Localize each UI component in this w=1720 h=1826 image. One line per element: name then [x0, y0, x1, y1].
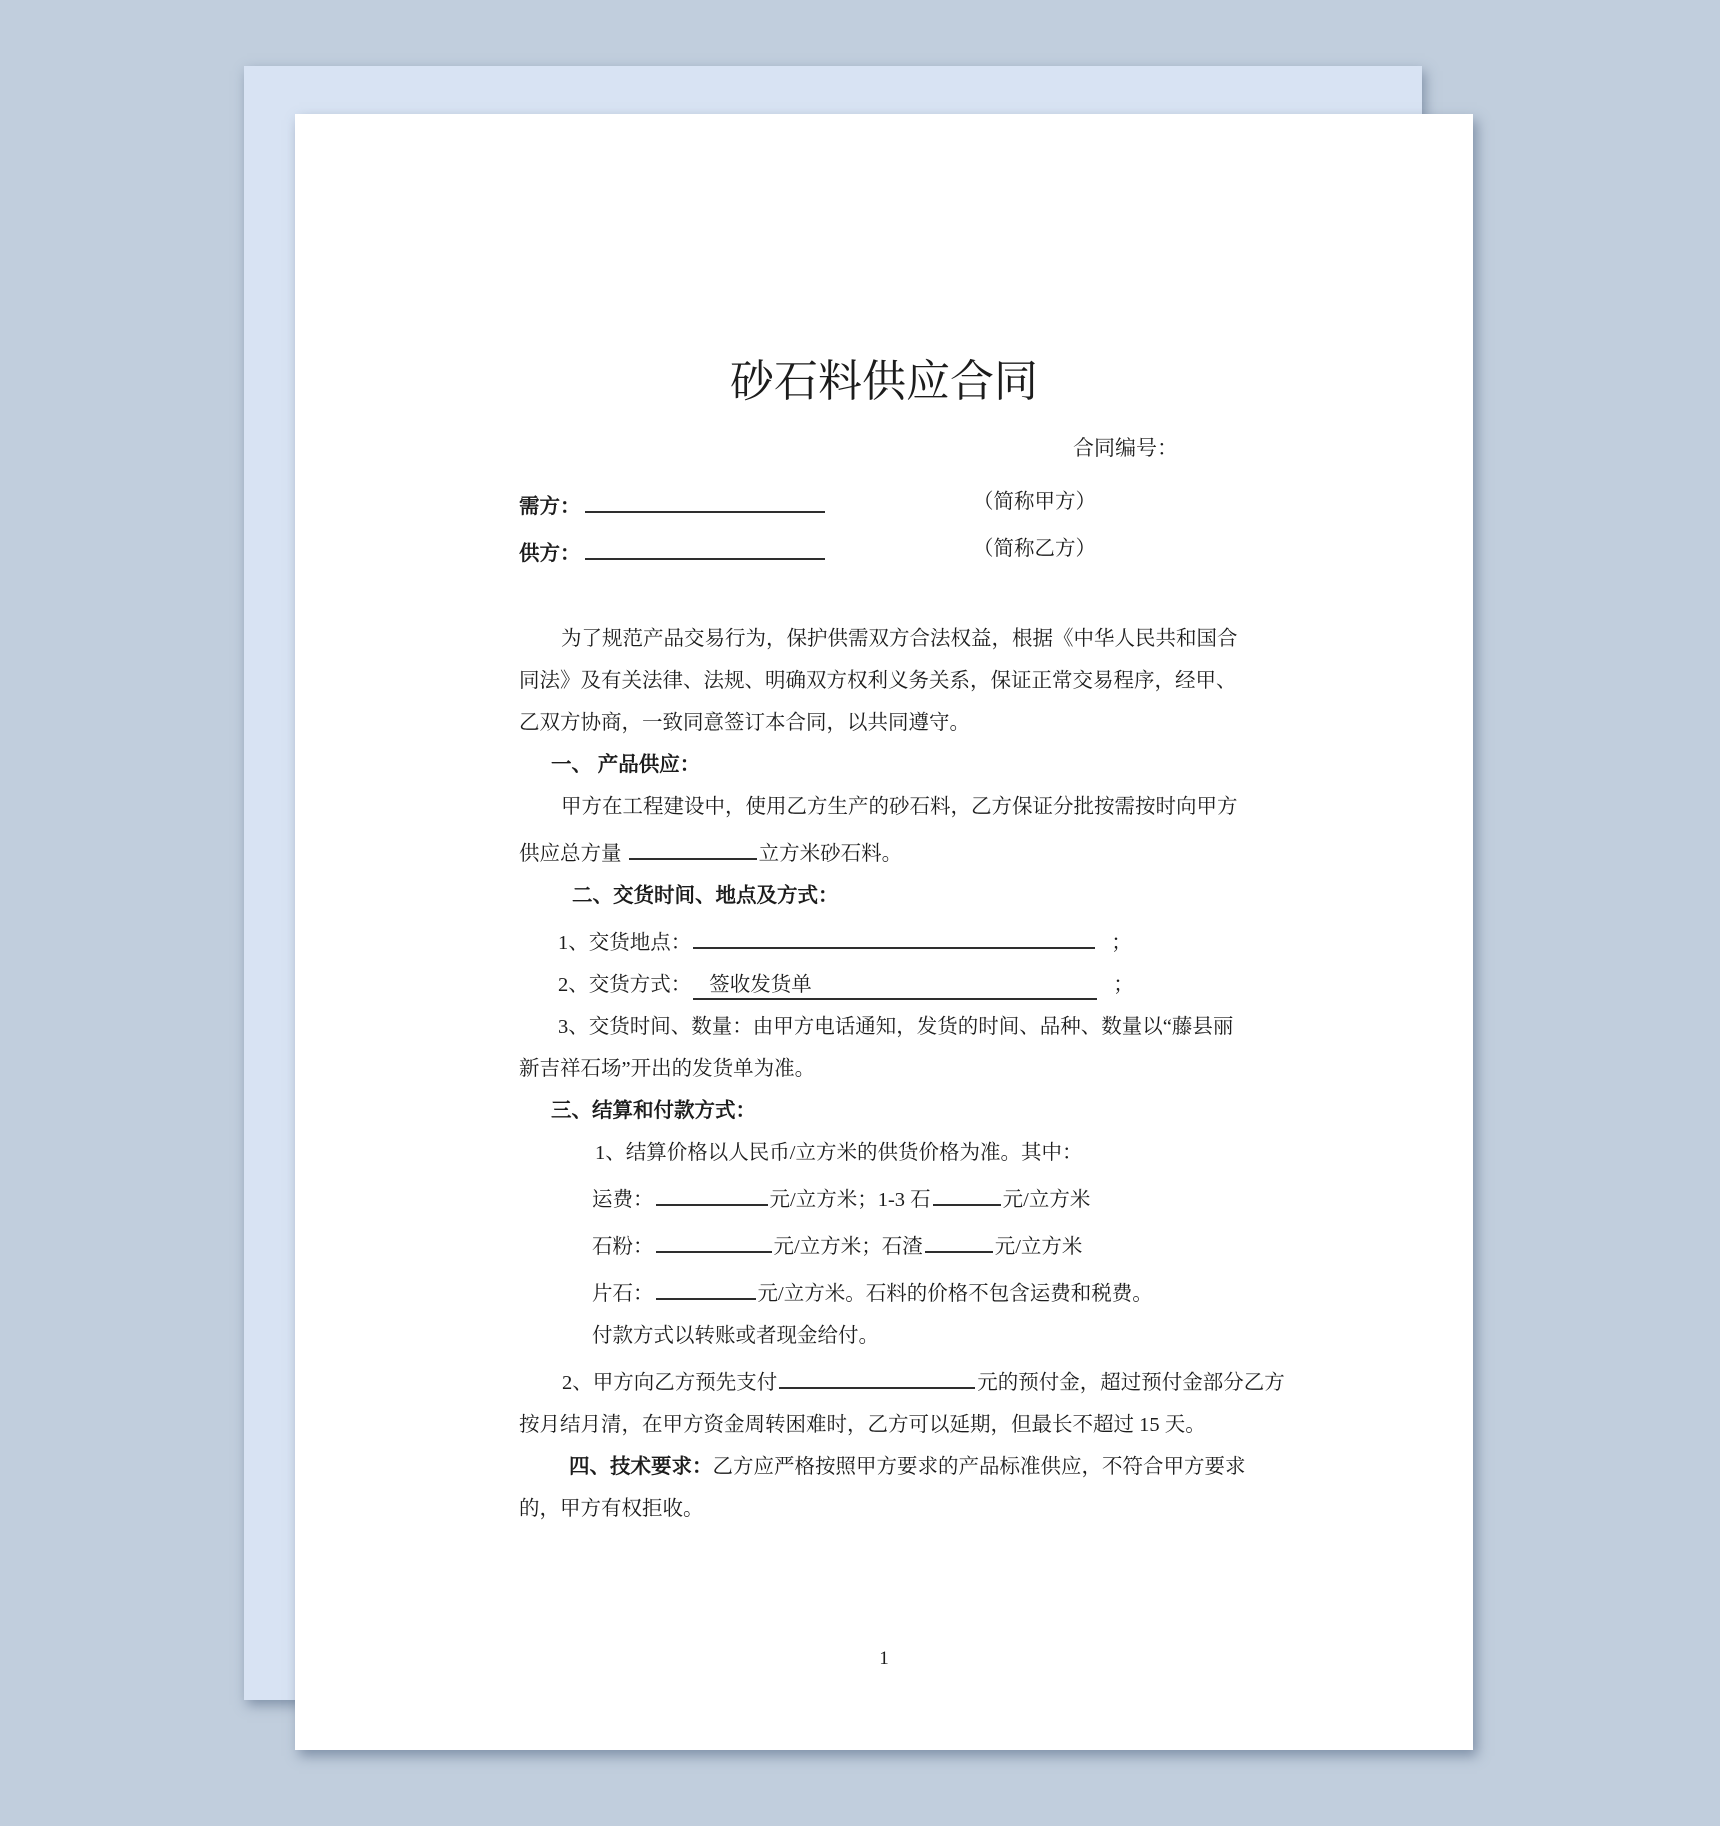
prepayment-line: 2、甲方向乙方预先支付元的预付金，超过预付金部分乙方 [562, 1357, 1249, 1404]
contract-page: 砂石料供应合同 合同编号： 需方： （简称甲方） 供方： （简称乙方） 为了规范… [295, 114, 1473, 1750]
delivery-place-label: 1、交货地点： [558, 932, 691, 954]
slab-unit: 元/立方米。石料的价格不包含运费和税费。 [758, 1283, 1153, 1305]
quantity-text-after: 立方米砂石料。 [759, 843, 903, 865]
delivery-time-line: 3、交货时间、数量：由甲方电话通知，发货的时间、品种、数量以“藤县丽 [558, 1006, 1249, 1048]
stone13-unit: 元/立方米 [1003, 1189, 1091, 1211]
powder-label: 石粉： [592, 1236, 654, 1258]
price-row-powder: 石粉：元/立方米；石渣元/立方米 [592, 1221, 1249, 1268]
delivery-method-label: 2、交货方式： [558, 974, 691, 996]
delivery-place-semicolon: ； [1111, 932, 1132, 954]
delivery-place-blank [693, 917, 1095, 949]
contract-content: 砂石料供应合同 合同编号： 需方： （简称甲方） 供方： （简称乙方） 为了规范… [519, 114, 1249, 1750]
delivery-place-row: 1、交货地点：； [558, 917, 1249, 964]
slab-price-blank [656, 1268, 756, 1300]
slag-unit: 元/立方米 [995, 1236, 1083, 1258]
section-4-heading: 四、技术要求： [569, 1455, 713, 1478]
contract-number-label: 合同编号： [1073, 436, 1178, 460]
quantity-text-before: 供应总方量 [519, 843, 627, 865]
slag-price-blank [925, 1221, 993, 1253]
preamble-line: 为了规范产品交易行为，保护供需双方合法权益，根据《中华人民共和国合 [519, 618, 1249, 660]
payment-note-line: 付款方式以转账或者现金给付。 [592, 1315, 1249, 1357]
section-4-text: 乙方应严格按照甲方要求的产品标准供应，不符合甲方要求 [713, 1456, 1246, 1478]
supply-alias: （简称乙方） [973, 528, 1096, 570]
demand-alias: （简称甲方） [973, 481, 1096, 523]
section-4-line: 的，甲方有权拒收。 [519, 1488, 1249, 1530]
party-row-demand: 需方： （简称甲方） [519, 481, 1249, 528]
prepayment-text-before: 2、甲方向乙方预先支付 [562, 1372, 777, 1394]
slab-label: 片石： [592, 1283, 654, 1305]
section-3-heading: 三、结算和付款方式： [551, 1090, 1249, 1132]
demand-name-blank [585, 481, 825, 513]
stone13-label: 1-3 石 [878, 1189, 931, 1211]
quantity-blank [629, 828, 757, 860]
section-1-heading: 一、 产品供应： [551, 744, 1249, 786]
preamble-paragraph: 为了规范产品交易行为，保护供需双方合法权益，根据《中华人民共和国合 同法》及有关… [519, 618, 1249, 744]
party-row-supply: 供方： （简称乙方） [519, 528, 1249, 575]
demand-label: 需方： [519, 495, 581, 518]
section-1-quantity-line: 供应总方量 立方米砂石料。 [519, 828, 1249, 875]
delivery-method-value: 签收发货单 [709, 974, 812, 996]
delivery-time-line: 新吉祥石场”开出的发货单为准。 [519, 1048, 1249, 1090]
delivery-method-row: 2、交货方式：签收发货单； [558, 964, 1249, 1006]
freight-unit: 元/立方米； [770, 1189, 878, 1211]
section-1-line: 甲方在工程建设中，使用乙方生产的砂石料，乙方保证分批按需按时向甲方 [519, 786, 1249, 828]
delivery-method-semicolon: ； [1113, 974, 1134, 996]
delivery-method-blank: 签收发货单 [693, 970, 1097, 1000]
section-2-heading: 二、交货时间、地点及方式： [572, 875, 1249, 917]
supply-label: 供方： [519, 542, 581, 565]
settlement-intro-line: 1、结算价格以人民币/立方米的供货价格为准。其中： [595, 1132, 1249, 1174]
desktop-backdrop: 砂石料供应合同 合同编号： 需方： （简称甲方） 供方： （简称乙方） 为了规范… [0, 0, 1720, 1826]
price-row-freight: 运费：元/立方米；1-3 石元/立方米 [592, 1174, 1249, 1221]
contract-number-row: 合同编号： [519, 427, 1249, 469]
price-row-slab: 片石：元/立方米。石料的价格不包含运费和税费。 [592, 1268, 1249, 1315]
prepayment-amount-blank [779, 1357, 975, 1389]
powder-price-blank [656, 1221, 772, 1253]
prepayment-line: 按月结月清，在甲方资金周转困难时，乙方可以延期，但最长不超过 15 天。 [519, 1404, 1249, 1446]
powder-unit: 元/立方米； [774, 1236, 882, 1258]
prepayment-text-after: 元的预付金，超过预付金部分乙方 [977, 1372, 1285, 1394]
page-title: 砂石料供应合同 [519, 351, 1249, 413]
freight-label: 运费： [592, 1189, 654, 1211]
supply-name-blank [585, 528, 825, 560]
freight-price-blank [656, 1174, 768, 1206]
section-4-line: 四、技术要求：乙方应严格按照甲方要求的产品标准供应，不符合甲方要求 [569, 1446, 1249, 1488]
stone13-price-blank [933, 1174, 1001, 1206]
slag-label: 石渣 [882, 1236, 923, 1258]
page-number: 1 [519, 1638, 1249, 1680]
preamble-line: 同法》及有关法律、法规、明确双方权利义务关系，保证正常交易程序，经甲、 [519, 660, 1249, 702]
preamble-line: 乙双方协商，一致同意签订本合同，以共同遵守。 [519, 702, 1249, 744]
